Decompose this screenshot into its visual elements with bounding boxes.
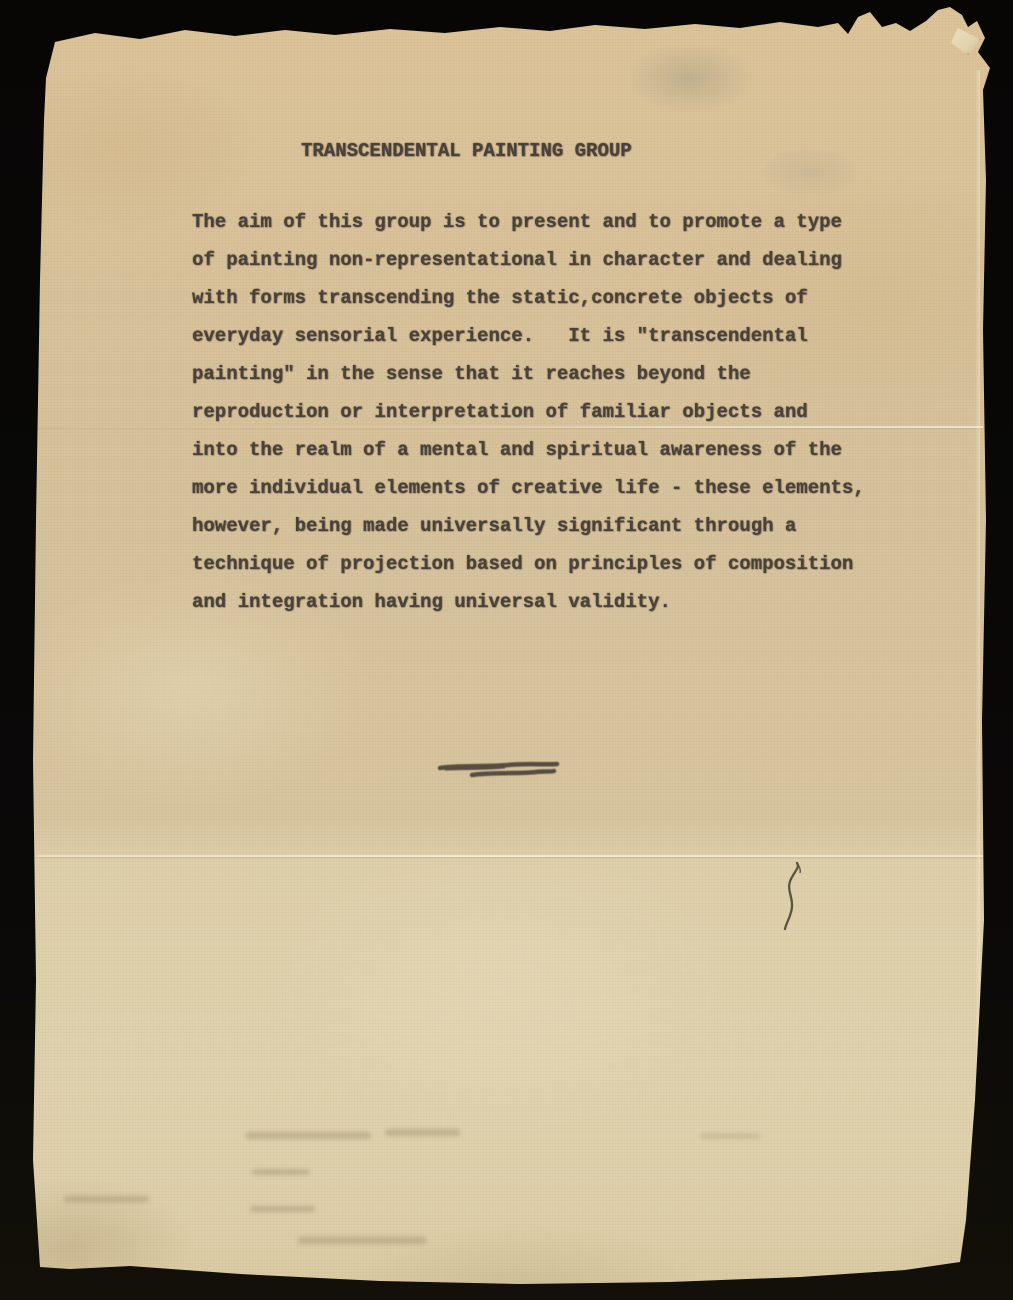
document-title: TRANSCENDENTAL PAINTING GROUP xyxy=(301,140,632,162)
showthrough-mark xyxy=(252,1169,310,1175)
document-line: and integration having universal validit… xyxy=(192,583,865,621)
document-line: into the realm of a mental and spiritual… xyxy=(192,431,865,469)
document-line: reproduction or interpretation of famili… xyxy=(192,393,865,431)
showthrough-mark xyxy=(246,1132,371,1139)
document-line: more individual elements of creative lif… xyxy=(192,469,865,507)
showthrough-mark xyxy=(700,1133,760,1139)
hair-squiggle-mark xyxy=(773,857,813,937)
showthrough-mark xyxy=(385,1129,460,1136)
showthrough-mark xyxy=(298,1237,426,1244)
scribble-strikethrough-mark xyxy=(436,756,566,782)
document-line: however, being made universally signific… xyxy=(192,507,865,545)
document-line: technique of projection based on princip… xyxy=(192,545,865,583)
document-line: painting" in the sense that it reaches b… xyxy=(192,355,865,393)
fold-crease-lower xyxy=(36,855,983,857)
document-line: of painting non-representational in char… xyxy=(192,241,865,279)
document-body: The aim of this group is to present and … xyxy=(192,203,865,621)
showthrough-mark xyxy=(64,1196,149,1202)
scan-background: TRANSCENDENTAL PAINTING GROUP The aim of… xyxy=(0,0,1013,1300)
showthrough-mark xyxy=(250,1206,315,1212)
document-line: everyday sensorial experience. It is "tr… xyxy=(192,317,865,355)
torn-corner-flap xyxy=(951,28,981,55)
paper-sheet: TRANSCENDENTAL PAINTING GROUP The aim of… xyxy=(0,0,1013,1300)
document-line: The aim of this group is to present and … xyxy=(192,203,865,241)
paper-edge-highlight xyxy=(975,70,980,1250)
document-line: with forms transcending the static,concr… xyxy=(192,279,865,317)
